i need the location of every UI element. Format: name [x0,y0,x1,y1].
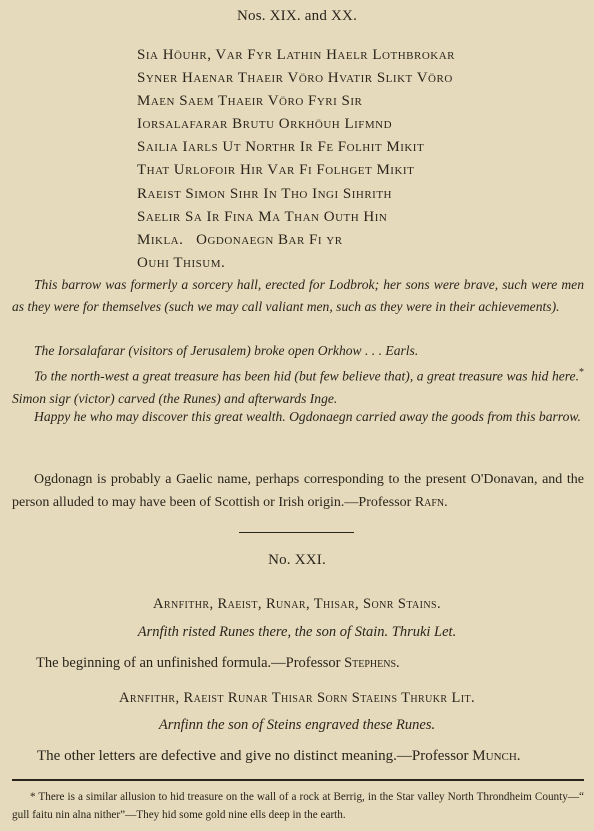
footnote-text: * There is a similar allusion to hid tre… [12,788,584,824]
translation-paragraph-4: Happy he who may discover this great wea… [12,406,584,428]
section-divider [239,532,354,533]
commentary-author: Stephens. [344,655,400,671]
inscription-line: Ouhi Thisum. [137,252,455,275]
translation-paragraph-1: This barrow was formerly a sorcery hall,… [12,274,584,318]
inscription-line: Raeist Simon Sihr In Tho Ingi Sihrith [137,183,455,206]
section-heading-xix-xx: Nos. XIX. and XX. [0,8,594,25]
commentary-text: The beginning of an unfinished formula.—… [36,655,344,671]
translation-paragraph-2: The Iorsalafarar (visitors of Jerusalem)… [12,340,584,362]
inscription-line: Iorsalafarar Brutu Orkhöuh Lifmnd [137,113,455,136]
translation-text: To the north-west a great treasure has b… [34,369,579,384]
translation-paragraph-3: To the north-west a great treasure has b… [12,362,584,410]
runic-inscription-xix-xx: Sia Höuhr, Var Fyr Lathin Haelr Lothbrok… [137,44,455,275]
translation-xxi-1: Arnfith risted Runes there, the son of S… [0,624,594,641]
footnote-marker[interactable]: * [579,367,584,378]
inscription-line: Sia Höuhr, Var Fyr Lathin Haelr Lothbrok… [137,44,455,67]
commentary-text: Ogdonagn is probably a Gaelic name, perh… [12,472,584,510]
commentary-xix-xx: Ogdonagn is probably a Gaelic name, perh… [12,468,584,514]
runic-inscription-xxi-1: Arnfithr, Raeist, Runar, Thisar, Sonr St… [0,596,594,613]
inscription-line: That Urlofoir Hir Var Fi Folhget Mikit [137,159,455,182]
heading-text: No. XXI. [268,552,326,568]
document-page: Nos. XIX. and XX. Sia Höuhr, Var Fyr Lat… [0,0,594,831]
section-heading-xxi: No. XXI. [0,552,594,569]
footnote-divider [12,779,584,781]
commentary-xxi-1: The beginning of an unfinished formula.—… [36,652,576,674]
inscription-line: Mikla. Ogdonaegn Bar Fi yr [137,229,455,252]
inscription-line: Sailia Iarls Ut Northr Ir Fe Folhit Miki… [137,136,455,159]
commentary-xxi-2: The other letters are defective and give… [37,745,582,767]
heading-text: Nos. XIX. and XX. [237,8,357,24]
inscription-line: Saelir Sa Ir Fina Ma Than Outh Hin [137,206,455,229]
commentary-text: The other letters are defective and give… [37,748,472,764]
translation-text: Simon sigr (victor) carved (the Runes) a… [12,391,337,406]
inscription-line: Syner Haenar Thaeir Vöro Hvatir Slikt Vö… [137,67,455,90]
runic-inscription-xxi-2: Arnfithr, Raeist Runar Thisar Sorn Staei… [0,690,594,707]
footnote: * There is a similar allusion to hid tre… [12,788,584,824]
commentary-author: Munch. [472,748,520,764]
translation-xxi-2: Arnfinn the son of Steins engraved these… [0,717,594,734]
commentary-author: Rafn. [415,495,448,510]
inscription-line: Maen Saem Thaeir Vöro Fyri Sir [137,90,455,113]
